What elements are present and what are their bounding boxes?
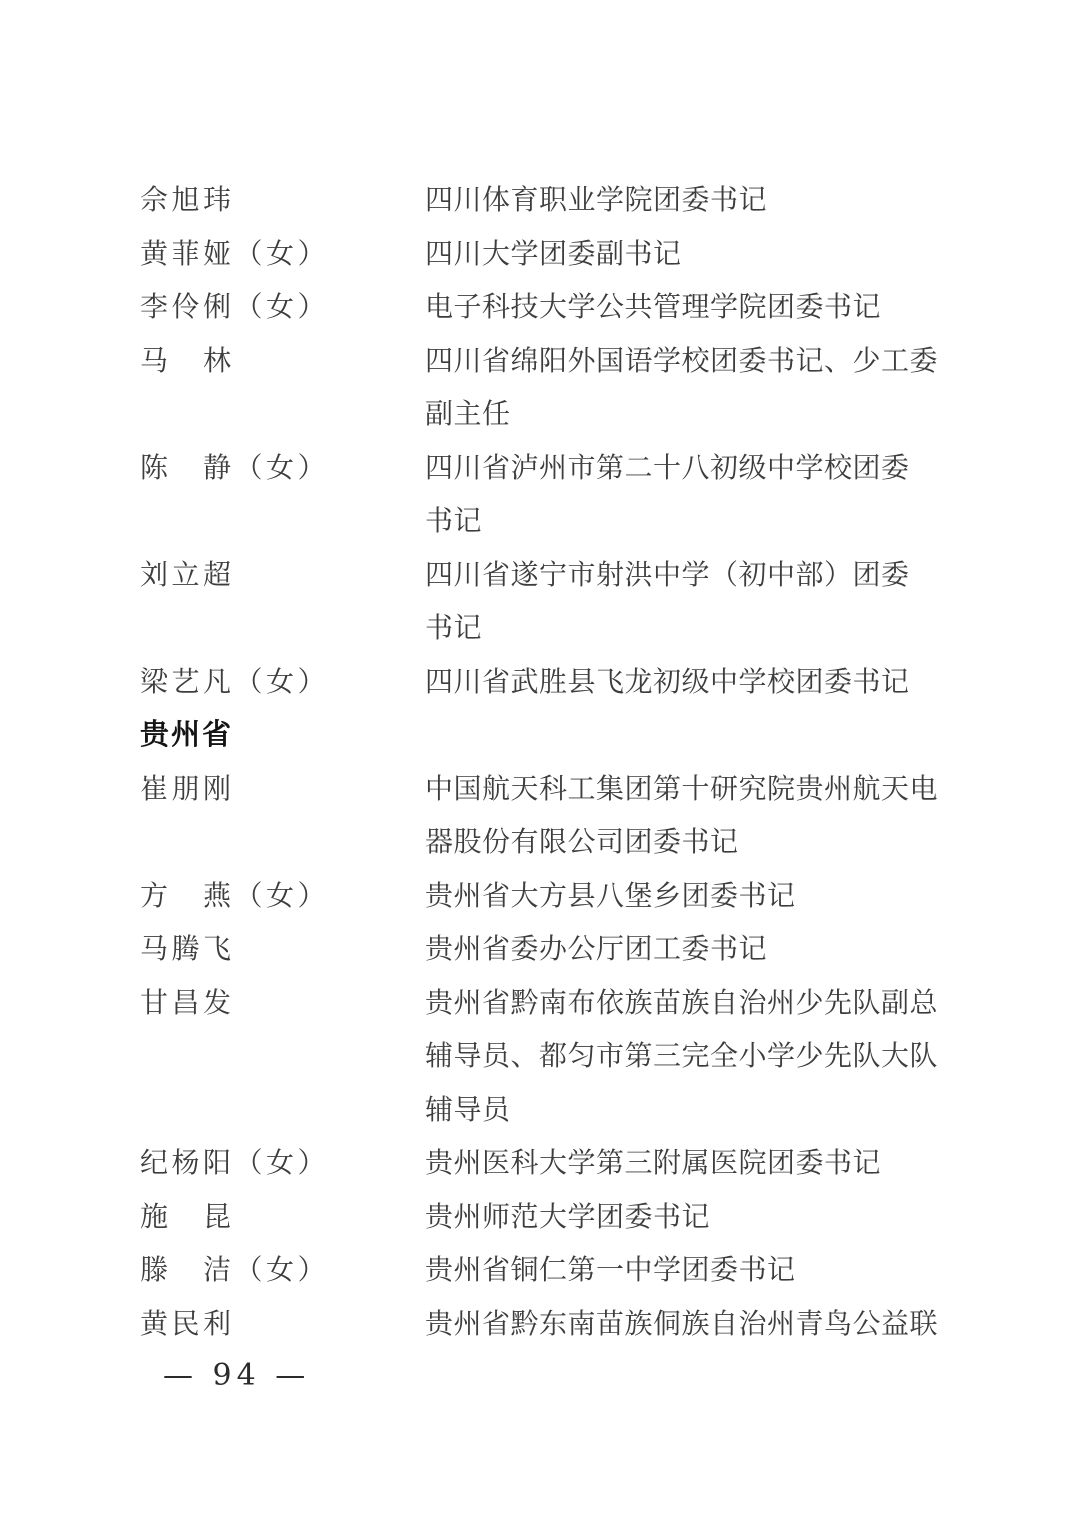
position-line: 贵州省铜仁第一中学团委书记: [425, 1243, 950, 1297]
person-name: 方 燕（女）: [140, 869, 425, 923]
position-line: 书记: [425, 601, 950, 655]
person-position: 贵州省黔南布依族苗族自治州少先队副总辅导员、都匀市第三完全小学少先队大队辅导员: [425, 976, 950, 1137]
roster-row: 马腾飞贵州省委办公厅团工委书记: [140, 922, 950, 976]
roster-row: 纪杨阳（女）贵州医科大学第三附属医院团委书记: [140, 1136, 950, 1190]
person-position: 贵州医科大学第三附属医院团委书记: [425, 1136, 950, 1190]
position-line: 书记: [425, 494, 950, 548]
document-page: 佘旭玮四川体育职业学院团委书记黄菲娅（女）四川大学团委副书记李伶俐（女）电子科技…: [0, 0, 1080, 1526]
person-position: 贵州省黔东南苗族侗族自治州青鸟公益联: [425, 1297, 950, 1351]
roster-row: 方 燕（女）贵州省大方县八堡乡团委书记: [140, 869, 950, 923]
person-name: 佘旭玮: [140, 173, 425, 227]
person-name: 马 林: [140, 334, 425, 388]
roster-row: 黄民利贵州省黔东南苗族侗族自治州青鸟公益联: [140, 1297, 950, 1351]
person-position: 贵州省铜仁第一中学团委书记: [425, 1243, 950, 1297]
position-line: 器股份有限公司团委书记: [425, 815, 950, 869]
person-position: 贵州师范大学团委书记: [425, 1190, 950, 1244]
person-name: 滕 洁（女）: [140, 1243, 425, 1297]
section-header: 贵州省: [140, 708, 950, 762]
position-line: 四川省遂宁市射洪中学（初中部）团委: [425, 548, 950, 602]
roster-row: 黄菲娅（女）四川大学团委副书记: [140, 227, 950, 281]
position-line: 副主任: [425, 387, 950, 441]
position-line: 中国航天科工集团第十研究院贵州航天电: [425, 762, 950, 816]
person-position: 中国航天科工集团第十研究院贵州航天电器股份有限公司团委书记: [425, 762, 950, 869]
position-line: 贵州省黔南布依族苗族自治州少先队副总: [425, 976, 950, 1030]
roster-row: 李伶俐（女）电子科技大学公共管理学院团委书记: [140, 280, 950, 334]
person-position: 贵州省委办公厅团工委书记: [425, 922, 950, 976]
person-name: 黄菲娅（女）: [140, 227, 425, 281]
person-position: 四川大学团委副书记: [425, 227, 950, 281]
roster-row: 马 林四川省绵阳外国语学校团委书记、少工委副主任: [140, 334, 950, 441]
position-line: 贵州省委办公厅团工委书记: [425, 922, 950, 976]
person-name: 甘昌发: [140, 976, 425, 1030]
person-name: 刘立超: [140, 548, 425, 602]
position-line: 贵州师范大学团委书记: [425, 1190, 950, 1244]
roster-row: 甘昌发贵州省黔南布依族苗族自治州少先队副总辅导员、都匀市第三完全小学少先队大队辅…: [140, 976, 950, 1137]
person-position: 电子科技大学公共管理学院团委书记: [425, 280, 950, 334]
position-line: 辅导员: [425, 1083, 950, 1137]
person-name: 黄民利: [140, 1297, 425, 1351]
roster-row: 陈 静（女）四川省泸州市第二十八初级中学校团委书记: [140, 441, 950, 548]
position-line: 贵州省黔东南苗族侗族自治州青鸟公益联: [425, 1297, 950, 1351]
page-number: — 94 —: [163, 1352, 310, 1400]
person-name: 施 昆: [140, 1190, 425, 1244]
position-line: 贵州省大方县八堡乡团委书记: [425, 869, 950, 923]
person-position: 四川体育职业学院团委书记: [425, 173, 950, 227]
roster-row: 滕 洁（女）贵州省铜仁第一中学团委书记: [140, 1243, 950, 1297]
position-line: 四川省武胜县飞龙初级中学校团委书记: [425, 655, 950, 709]
person-position: 四川省泸州市第二十八初级中学校团委书记: [425, 441, 950, 548]
roster-row: 施 昆贵州师范大学团委书记: [140, 1190, 950, 1244]
position-line: 四川大学团委副书记: [425, 227, 950, 281]
roster-row: 刘立超四川省遂宁市射洪中学（初中部）团委书记: [140, 548, 950, 655]
roster-row: 梁艺凡（女）四川省武胜县飞龙初级中学校团委书记: [140, 655, 950, 709]
person-name: 李伶俐（女）: [140, 280, 425, 334]
position-line: 贵州医科大学第三附属医院团委书记: [425, 1136, 950, 1190]
person-name: 马腾飞: [140, 922, 425, 976]
roster-row: 佘旭玮四川体育职业学院团委书记: [140, 173, 950, 227]
person-position: 四川省绵阳外国语学校团委书记、少工委副主任: [425, 334, 950, 441]
roster-row: 崔朋刚中国航天科工集团第十研究院贵州航天电器股份有限公司团委书记: [140, 762, 950, 869]
position-line: 辅导员、都匀市第三完全小学少先队大队: [425, 1029, 950, 1083]
position-line: 四川省泸州市第二十八初级中学校团委: [425, 441, 950, 495]
roster: 佘旭玮四川体育职业学院团委书记黄菲娅（女）四川大学团委副书记李伶俐（女）电子科技…: [140, 173, 950, 1350]
person-name: 陈 静（女）: [140, 441, 425, 495]
person-position: 四川省武胜县飞龙初级中学校团委书记: [425, 655, 950, 709]
person-position: 四川省遂宁市射洪中学（初中部）团委书记: [425, 548, 950, 655]
position-line: 四川体育职业学院团委书记: [425, 173, 950, 227]
person-name: 梁艺凡（女）: [140, 655, 425, 709]
person-name: 崔朋刚: [140, 762, 425, 816]
person-name: 纪杨阳（女）: [140, 1136, 425, 1190]
position-line: 四川省绵阳外国语学校团委书记、少工委: [425, 334, 950, 388]
position-line: 电子科技大学公共管理学院团委书记: [425, 280, 950, 334]
person-position: 贵州省大方县八堡乡团委书记: [425, 869, 950, 923]
